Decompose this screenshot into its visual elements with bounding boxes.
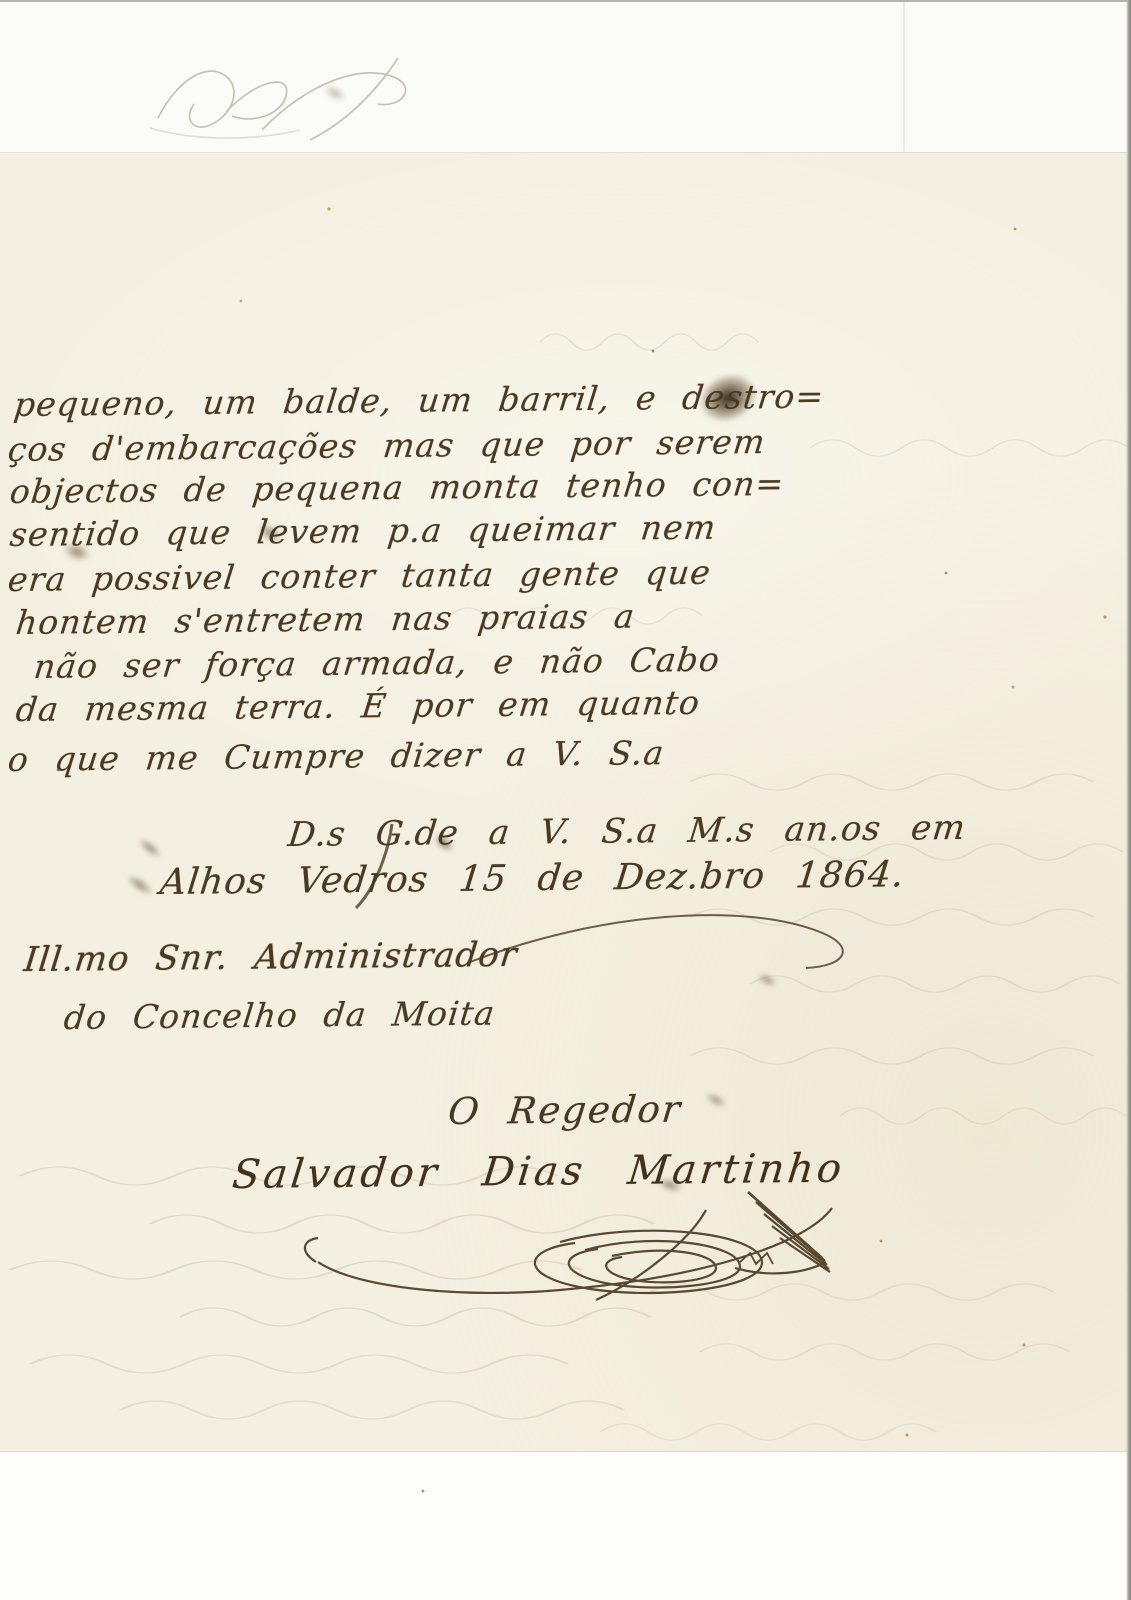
letter-paper xyxy=(0,152,1127,1452)
manuscript-line-2: ços d'embarcações mas que por serem xyxy=(6,422,768,469)
scanner-backing-top xyxy=(0,0,1131,152)
valediction-line-1: D.s G.de a V. S.a M.s an.os em xyxy=(286,808,968,855)
letter-scan: pequeno, um balde, um barril, e destro= … xyxy=(0,0,1131,1600)
scan-edge-right xyxy=(1126,0,1131,1600)
manuscript-line-3: objectos de pequena monta tenho con= xyxy=(8,464,787,511)
manuscript-line-5: era possivel conter tanta gente que xyxy=(6,553,713,599)
signature-name: Salvador Dias Martinho xyxy=(230,1146,847,1198)
manuscript-line-4: sentido que levem p.a queimar nem xyxy=(8,508,719,554)
signature-title: O Regedor xyxy=(446,1088,684,1133)
manuscript-line-7: não ser força armada, e não Cabo xyxy=(32,640,722,686)
addressee-line-2: do Concelho da Moita xyxy=(62,993,497,1037)
addressee-line-1: Ill.mo Snr. Administrador xyxy=(22,935,520,980)
valediction-line-2: Alhos Vedros 15 de Dez.bro 1864. xyxy=(158,854,907,903)
manuscript-line-6: hontem s'entretem nas praias a xyxy=(14,597,637,642)
paper-crease xyxy=(903,0,905,152)
manuscript-line-8: da mesma terra. É por em quanto xyxy=(14,683,702,729)
scanner-backing-bottom xyxy=(0,1450,1131,1600)
manuscript-line-9: o que me Cumpre dizer a V. S.a xyxy=(6,733,667,779)
scan-edge-top xyxy=(0,0,1131,2)
